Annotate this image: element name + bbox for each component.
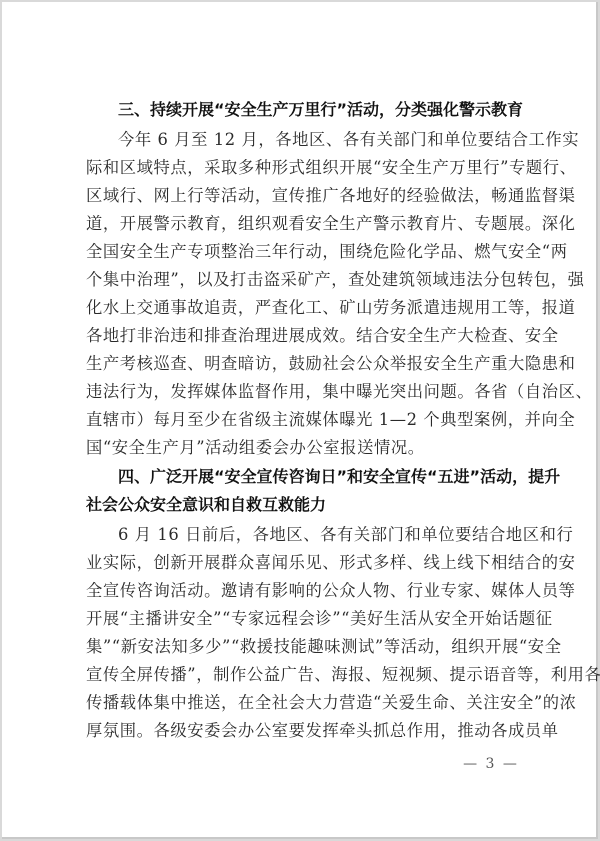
paragraph-line: 化水上交通事故追责，严查化工、矿山劳务派遣违规用工等，报道 (86, 296, 524, 320)
paragraph-line: 区域行、网上行等活动，宣传推广各地好的经验做法，畅通监督渠 (86, 184, 524, 208)
paragraph-line: 各地打非治违和排查治理进展成效。结合安全生产大检查、安全 (86, 324, 524, 348)
paragraph-line: 宣传全屏传播”，制作公益广告、海报、短视频、提示语音等，利用各 (86, 663, 524, 687)
paragraph-line: 集”“新安法知多少”“救援技能趣味测试”等活动，组织开展“安全 (86, 635, 524, 659)
paragraph-line: 今年 6 月至 12 月，各地区、各有关部门和单位要结合工作实 (118, 128, 524, 152)
document-page: 三、持续开展“安全生产万里行”活动，分类强化警示教育 今年 6 月至 12 月，… (2, 2, 598, 839)
paragraph-line: 个集中治理”，以及打击盗采矿产，查处建筑领域违法分包转包，强 (86, 268, 524, 292)
paragraph-line: 直辖市）每月至少在省级主流媒体曝光 1—2 个典型案例，并向全 (86, 408, 524, 432)
paragraph-line: 道，开展警示教育，组织观看安全生产警示教育片、专题展。深化 (86, 212, 524, 236)
paragraph-line: 生产考核巡查、明查暗访，鼓励社会公众举报安全生产重大隐患和 (86, 352, 524, 376)
section-3-heading: 三、持续开展“安全生产万里行”活动，分类强化警示教育 (118, 98, 524, 122)
paragraph-line: 全宣传咨询活动。邀请有影响的公众人物、行业专家、媒体人员等 (86, 579, 524, 603)
paragraph-line: 业实际，创新开展群众喜闻乐见、形式多样、线上线下相结合的安 (86, 551, 524, 575)
paragraph-line: 开展“主播讲安全”“专家远程会诊”“美好生活从安全开始话题征 (86, 607, 524, 631)
paragraph-line: 际和区域特点，采取多种形式组织开展“安全生产万里行”专题行、 (86, 156, 524, 180)
paragraph-line: 全国安全生产专项整治三年行动，围绕危险化学品、燃气安全“两 (86, 240, 524, 264)
paragraph-line: 国“安全生产月”活动组委会办公室报送情况。 (86, 436, 524, 460)
section-4-heading: 四、广泛开展“安全宣传咨询日”和安全宣传“五进”活动，提升 (118, 465, 524, 489)
section-4-heading-cont: 社会公众安全意识和自救互救能力 (86, 493, 524, 517)
page-number: — 3 — (451, 754, 531, 774)
paragraph-line: 违法行为，发挥媒体监督作用，集中曝光突出问题。各省（自治区、 (86, 380, 524, 404)
paragraph-line: 6 月 16 日前后，各地区、各有关部门和单位要结合地区和行 (118, 523, 524, 547)
paragraph-line: 厚氛围。各级安委会办公室要发挥牵头抓总作用，推动各成员单 (86, 719, 524, 743)
paragraph-line: 传播载体集中推送，在全社会大力营造“关爱生命、关注安全”的浓 (86, 691, 524, 715)
